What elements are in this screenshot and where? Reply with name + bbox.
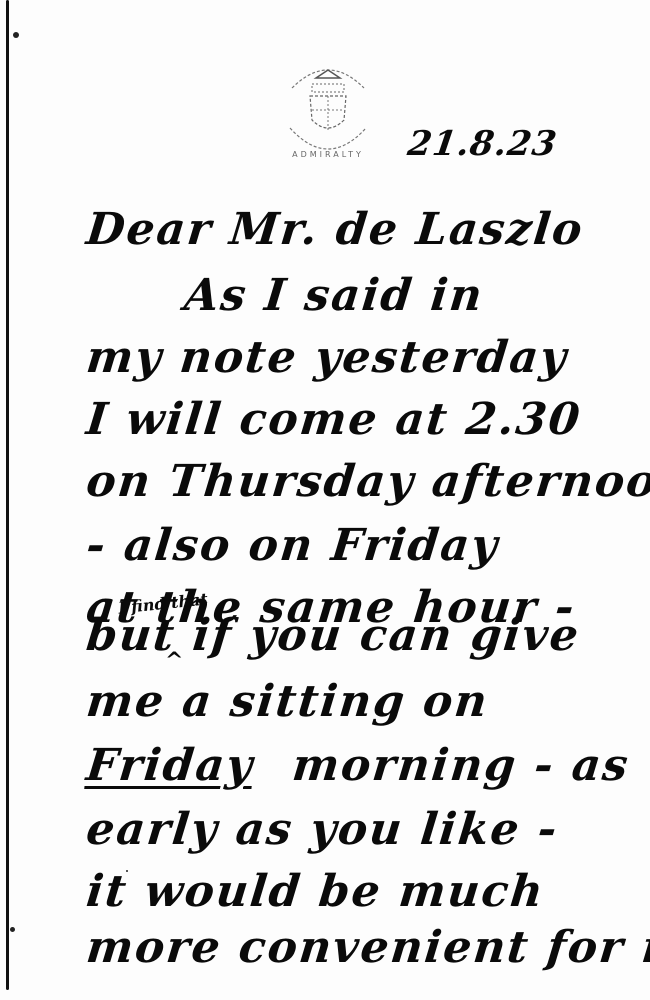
body-line-11: it would be much: [84, 866, 547, 917]
salutation: Dear Mr. de Laszlo: [84, 204, 586, 255]
body-line-5: - also on Friday: [84, 520, 501, 571]
ink-speck: [10, 927, 15, 932]
letter-date: 21.8.23: [405, 124, 560, 164]
body-line-4: on Thursday afternoon: [84, 456, 650, 507]
body-line-3: I will come at 2.30: [84, 394, 584, 445]
body-line-12: more convenient for me: [84, 922, 650, 973]
crest-label: ADMIRALTY: [282, 150, 374, 159]
body-line-8: me a sitting on: [84, 676, 491, 727]
body-line-7: but if you can give: [84, 610, 583, 661]
body-line-2: my note yesterday: [84, 332, 570, 383]
ink-speck: [13, 32, 19, 38]
admiralty-crest-icon: ADMIRALTY: [282, 58, 374, 170]
body-line-9-rest: morning - as: [290, 740, 632, 791]
body-line-9-underlined-word: Friday: [84, 740, 257, 791]
body-line-1: As I said in: [182, 270, 486, 321]
body-line-10: early as you like -: [84, 804, 561, 855]
page-edge-shadow: [6, 0, 9, 990]
letter-page: ADMIRALTY 21.8.23 Dear Mr. de Laszlo As …: [0, 0, 650, 1000]
